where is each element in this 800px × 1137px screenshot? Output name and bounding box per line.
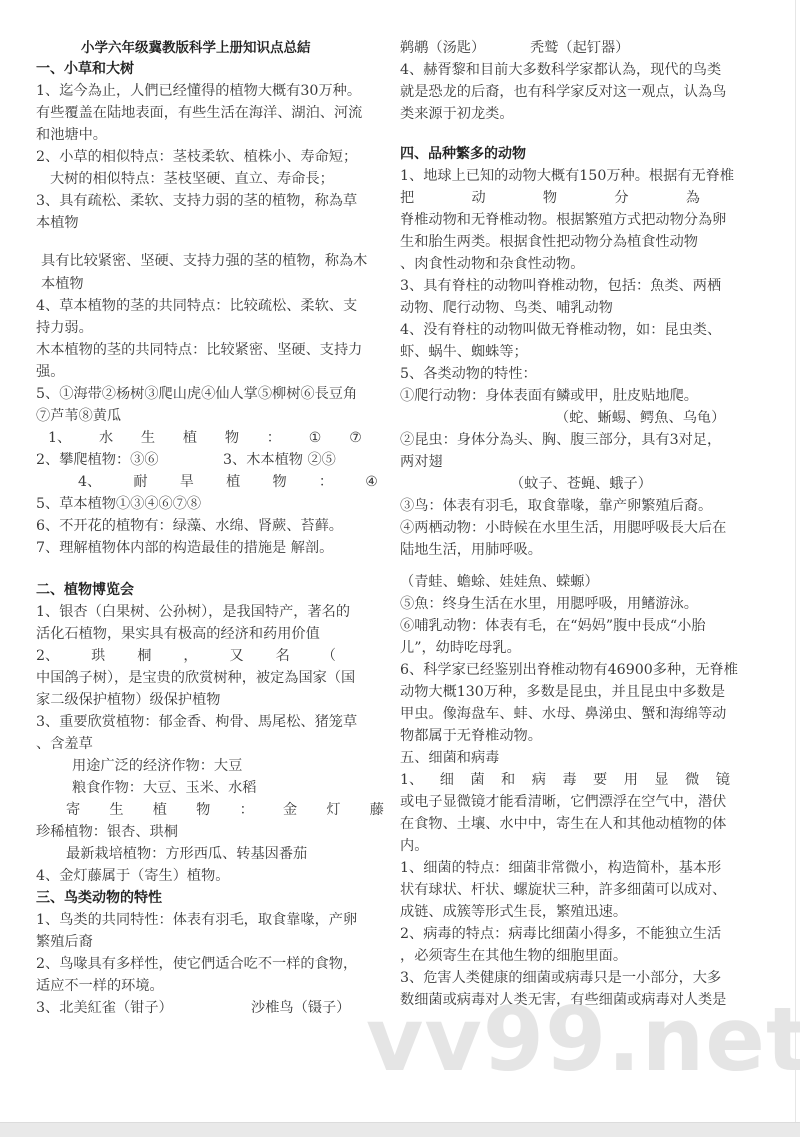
text-line: 活化石植物，果实具有极高的经济和药用价值 [36,624,320,644]
text-fragment: 植 [226,472,240,492]
text-line: 2、鸟喙具有多样性，使它們适合吃不一样的食物， [36,954,357,974]
text-line: ⑦芦苇⑧黄瓜 [36,406,121,426]
text-line: 数细菌或病毒对人类无害，有些细菌或病毒对人类是 [400,990,726,1010]
text-line: 2、攀爬植物：③⑥ [36,450,159,470]
text-fragment: ① [309,428,322,448]
text-fragment: 為 [686,188,700,208]
text-line: 4、草本植物的茎的共同特点：比较疏松、柔软、支 [36,296,357,316]
text-fragment: 细 [440,770,454,790]
text-line: 5、草本植物①③④⑥⑦⑧ [36,494,201,514]
text-line: 甲虫。像海盘车、蚌、水母、鼻涕虫、蟹和海绵等动 [400,704,726,724]
text-fragment: 水 [99,428,113,448]
text-fragment: 耐 [133,472,147,492]
text-fragment: 用 [624,770,638,790]
text-line: 家二级保护植物）级保护植物 [36,690,220,710]
text-line: 5、各类动物的特性： [400,364,537,384]
section-heading: 三、鸟类动物的特性 [36,888,162,908]
text-line: （蚊子、苍蝇、蛾子） [510,474,652,494]
text-fragment: 珙 [91,646,105,666]
text-line: 2、病毒的特点：病毒比细菌小得多，不能独立生活 [400,924,721,944]
text-fragment: 物 [225,428,239,448]
text-fragment: 金 [283,800,297,820]
text-line: 或电子显微镜才能看清晰，它們漂浮在空气中，潜伏 [400,792,726,812]
text-line: 木本植物的茎的共同特点：比较紧密、坚硬、支持力 [36,340,362,360]
text-line: 1、细菌的特点：细菌非常微小，构造简朴，基本形 [400,858,721,878]
text-line: 6、不开花的植物有：绿藻、水绵、肾蕨、苔藓。 [36,516,343,536]
justified-text-line: 寄生植物：金灯藤 [66,800,384,820]
text-line: 1、迄今為止，人們已经懂得的植物大概有30万种。 [36,81,361,101]
text-line: 大树的相似特点：茎枝坚硬、直立、寿命長； [50,169,334,189]
text-line: 5、①海带②杨树③爬山虎④仙人掌⑤柳树⑥長豆角 [36,384,357,404]
section-heading: 一、小草和大树 [36,59,134,79]
text-line: 适应不一样的环境。 [36,976,164,996]
text-line: 有些覆盖在陆地表面，有些生活在海洋、湖泊、河流 [36,103,362,123]
text-line: 4、赫胥黎和目前大多数科学家都认為，现代的鸟类 [400,60,721,80]
text-line: 五、细菌和病毒 [400,748,499,768]
text-line: 和池塘中。 [36,125,107,145]
text-fragment: 分 [614,188,628,208]
text-fragment: 旱 [180,472,194,492]
text-line: 3、具有疏松、柔软、支持力弱的茎的植物，称為草 [36,191,357,211]
text-fragment: 要 [593,770,607,790]
text-fragment: 病 [532,770,546,790]
text-line: 1、鸟类的共同特性：体表有羽毛，取食靠喙，产卵 [36,910,357,930]
text-fragment: 2、 [36,646,59,666]
text-fragment: ： [319,472,333,492]
text-fragment: 又 [230,646,244,666]
text-line: （蛇、蜥蜴、鳄魚、乌龟） [555,408,725,428]
document-page: 小学六年级冀教版科学上册知识点总結一、小草和大树1、迄今為止，人們已经懂得的植物… [0,0,796,1122]
text-fragment: 菌 [470,770,484,790]
text-line: 、肉食性动物和杂食性动物。 [400,254,584,274]
text-line: 陆地生活，用肺呼吸。 [400,540,542,560]
text-line: 1、银杏（白果树、公孙树），是我国特产，著名的 [36,602,350,622]
text-line: ①爬行动物：身体表面有鳞或甲，肚皮贴地爬。 [400,386,698,406]
text-line: （青蛙、蟾蜍、娃娃魚、蝾螈） [400,572,599,592]
text-line: ③鸟：体表有羽毛，取食靠喙，靠产卵繁殖后裔。 [400,496,712,516]
text-fragment: 物 [273,472,287,492]
text-fragment: ⑦ [349,428,362,448]
text-line: 动物、爬行动物、鸟类、哺乳动物 [400,298,613,318]
text-line: 用途广泛的经济作物：大豆 [72,756,242,776]
text-line: 7、理解植物体内部的构造最佳的措施是 解剖。 [36,538,333,558]
text-line: 3、木本植物 ②⑤ [223,450,336,470]
text-fragment: （ [322,646,336,666]
text-fragment: 生 [141,428,155,448]
justified-text-line: 2、珙桐，又名（ [36,646,336,666]
text-line: 4、金灯藤属于（寄生）植物。 [36,866,229,886]
text-line: 沙椎鸟（镊子） [251,998,350,1018]
text-line: 6、科学家已经鉴别出脊椎动物有46900多种，无脊椎 [400,660,738,680]
text-fragment: ： [267,428,281,448]
text-fragment: 物 [196,800,210,820]
text-fragment: 把 [400,188,414,208]
text-fragment: 1、 [48,428,71,448]
text-fragment: 桐 [137,646,151,666]
text-line: 物都属于无脊椎动物。 [400,726,542,746]
text-fragment: 名 [276,646,290,666]
text-fragment: ： [240,800,254,820]
text-line: 中国鸽子树），是宝贵的欣赏树种，被定為国家（国 [36,668,355,688]
section-heading: 二、植物博览会 [36,580,134,600]
text-fragment: ， [183,646,197,666]
text-fragment: 动 [471,188,485,208]
text-line: ⑥哺乳动物：体表有毛，在“妈妈”腹中長成“小胎 [400,616,706,636]
text-fragment: 毒 [562,770,576,790]
document-title: 小学六年级冀教版科学上册知识点总結 [81,38,311,58]
text-fragment: 镜 [716,770,730,790]
text-line: 状有球状、杆状、螺旋状三种，許多细菌可以成对、 [400,880,726,900]
text-line: 两对翅 [400,452,443,472]
text-fragment: 显 [654,770,668,790]
text-line: 3、北美紅雀（钳子） [36,998,173,1018]
text-line: 2、小草的相似特点：茎枝柔软、植株小、寿命短； [36,147,357,167]
justified-text-line: 4、耐旱植物：④ [78,472,378,492]
text-fragment: 植 [153,800,167,820]
text-fragment: 和 [501,770,515,790]
text-line: 本植物 [36,213,79,233]
text-line: 4、没有脊柱的动物叫做无脊椎动物，如：昆虫类、 [400,320,721,340]
text-line: 生和胎生两类。根据食性把动物分為植食性动物 [400,232,698,252]
text-line: 动物大概130万种，多数是昆虫，并且昆虫中多数是 [400,682,725,702]
text-line: 持力弱。 [36,318,93,338]
text-fragment: 物 [543,188,557,208]
text-line: ⑤魚：终身生活在水里，用腮呼吸，用鳍游泳。 [400,594,698,614]
text-line: 、含羞草 [36,734,93,754]
justified-text-line: 1、细菌和病毒要用显微镜 [400,770,730,790]
text-line: 虾、蜗牛、蜘蛛等； [400,342,528,362]
text-line: 在食物、土壤、水中中，寄生在人和其他动植物的体 [400,814,726,834]
justified-text-line: 1、水生植物：①⑦ [48,428,362,448]
text-fragment: 1、 [400,770,423,790]
page-bottom-band [0,1122,800,1137]
text-line: 具有比较紧密、坚硬、支持力强的茎的植物，称為木 [41,251,367,271]
text-line: ②昆虫：身体分為头、胸、腹三部分，具有3对足， [400,430,721,450]
text-line: 强。 [36,362,64,382]
text-line: 内。 [400,836,428,856]
text-line: ，必须寄生在其他生物的细胞里面。 [400,946,627,966]
text-line: 3、重要欣赏植物：郁金香、枸骨、馬尾松、猪笼草 [36,712,357,732]
text-line: 类来源于初龙类。 [400,104,514,124]
text-line: 成链、成簇等形式生長，繁殖迅速。 [400,902,627,922]
text-fragment: 藤 [370,800,384,820]
text-line: ④两栖动物：小時候在水里生活，用腮呼吸長大后在 [400,518,726,538]
text-fragment: 寄 [66,800,80,820]
text-line: 鹈鹕（汤匙） [400,38,485,58]
section-heading: 四、品种繁多的动物 [400,144,526,164]
text-line: 珍稀植物：银杏、珙桐 [36,822,178,842]
text-line: 儿”，幼時吃母乳。 [400,638,521,658]
text-line: 脊椎动物和无脊椎动物。根据繁殖方式把动物分為卵 [400,210,726,230]
text-line: 繁殖后裔 [36,932,93,952]
text-fragment: 灯 [326,800,340,820]
text-line: 秃鹫（起钉器） [530,38,629,58]
text-fragment: ④ [365,472,378,492]
text-fragment: 4、 [78,472,101,492]
justified-text-line: 把动物分為 [400,188,700,208]
text-line: 粮食作物：大豆、玉米、水稻 [72,778,256,798]
text-line: 最新栽培植物：方形西瓜、转基因番茄 [66,844,307,864]
text-line: 1、地球上已知的动物大概有150万种。根据有无脊椎 [400,166,734,186]
text-line: 3、具有脊柱的动物叫脊椎动物，包括：魚类、两栖 [400,276,721,296]
text-line: 本植物 [41,274,84,294]
text-line: 就是恐龙的后裔，也有科学家反对这一观点，认為鸟 [400,82,726,102]
text-fragment: 植 [183,428,197,448]
text-line: 3、危害人类健康的细菌或病毒只是一小部分，大多 [400,968,721,988]
text-fragment: 微 [685,770,699,790]
text-fragment: 生 [109,800,123,820]
